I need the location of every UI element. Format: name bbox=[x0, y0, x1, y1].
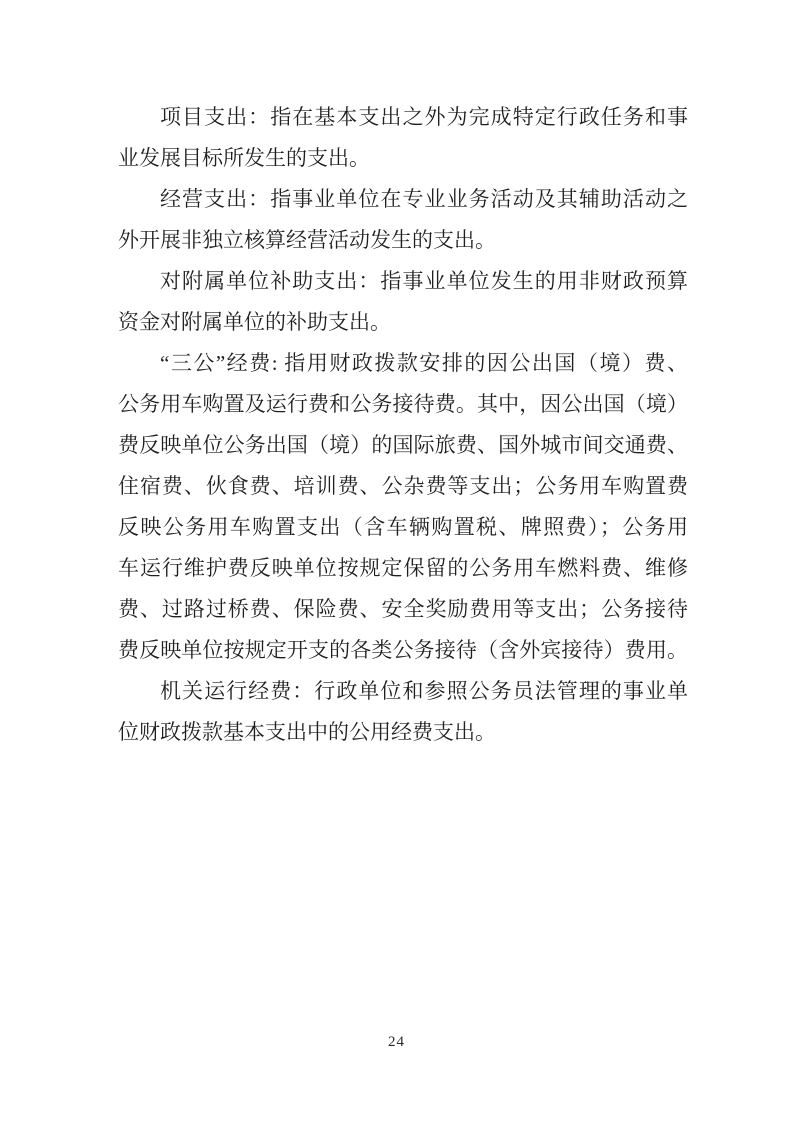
text-line: 公务用车购置及运行费和公务接待费。其中，因公出国（境） bbox=[118, 384, 688, 425]
paragraph-operating-expenditure: 经营支出：指事业单位在专业业务活动及其辅助活动之 外开展非独立核算经营活动发生的… bbox=[118, 179, 688, 261]
text-line: 费、过路过桥费、保险费、安全奖励费用等支出；公务接待 bbox=[118, 589, 688, 630]
text-line: 业发展目标所发生的支出。 bbox=[118, 138, 688, 179]
text-line: 费反映单位公务出国（境）的国际旅费、国外城市间交通费、 bbox=[118, 425, 688, 466]
text-line: 外开展非独立核算经营活动发生的支出。 bbox=[118, 220, 688, 261]
text-line: 资金对附属单位的补助支出。 bbox=[118, 302, 688, 343]
text-line: 反映公务用车购置支出（含车辆购置税、牌照费）；公务用 bbox=[118, 507, 688, 548]
text-line: 住宿费、伙食费、培训费、公杂费等支出；公务用车购置费 bbox=[118, 466, 688, 507]
paragraph-three-public-funds: “三公”经费: 指用财政拨款安排的因公出国（境）费、 公务用车购置及运行费和公务… bbox=[118, 343, 688, 671]
document-page: 项目支出：指在基本支出之外为完成特定行政任务和事 业发展目标所发生的支出。 经营… bbox=[0, 0, 793, 1122]
text-line: 经营支出：指事业单位在专业业务活动及其辅助活动之 bbox=[118, 179, 688, 220]
text-line: 对附属单位补助支出：指事业单位发生的用非财政预算 bbox=[118, 261, 688, 302]
page-footer: 24 bbox=[0, 1033, 793, 1051]
text-line: 项目支出：指在基本支出之外为完成特定行政任务和事 bbox=[118, 97, 688, 138]
text-line: “三公”经费: 指用财政拨款安排的因公出国（境）费、 bbox=[118, 343, 688, 384]
text-line: 费反映单位按规定开支的各类公务接待（含外宾接待）费用。 bbox=[118, 630, 688, 671]
paragraph-agency-operating-funds: 机关运行经费：行政单位和参照公务员法管理的事业单 位财政拨款基本支出中的公用经费… bbox=[118, 671, 688, 753]
text-line: 机关运行经费：行政单位和参照公务员法管理的事业单 bbox=[118, 671, 688, 712]
text-line: 位财政拨款基本支出中的公用经费支出。 bbox=[118, 712, 688, 753]
document-body: 项目支出：指在基本支出之外为完成特定行政任务和事 业发展目标所发生的支出。 经营… bbox=[118, 97, 688, 753]
page-number: 24 bbox=[388, 1034, 405, 1050]
paragraph-project-expenditure: 项目支出：指在基本支出之外为完成特定行政任务和事 业发展目标所发生的支出。 bbox=[118, 97, 688, 179]
paragraph-subsidy-to-affiliated-units: 对附属单位补助支出：指事业单位发生的用非财政预算 资金对附属单位的补助支出。 bbox=[118, 261, 688, 343]
text-line: 车运行维护费反映单位按规定保留的公务用车燃料费、维修 bbox=[118, 548, 688, 589]
